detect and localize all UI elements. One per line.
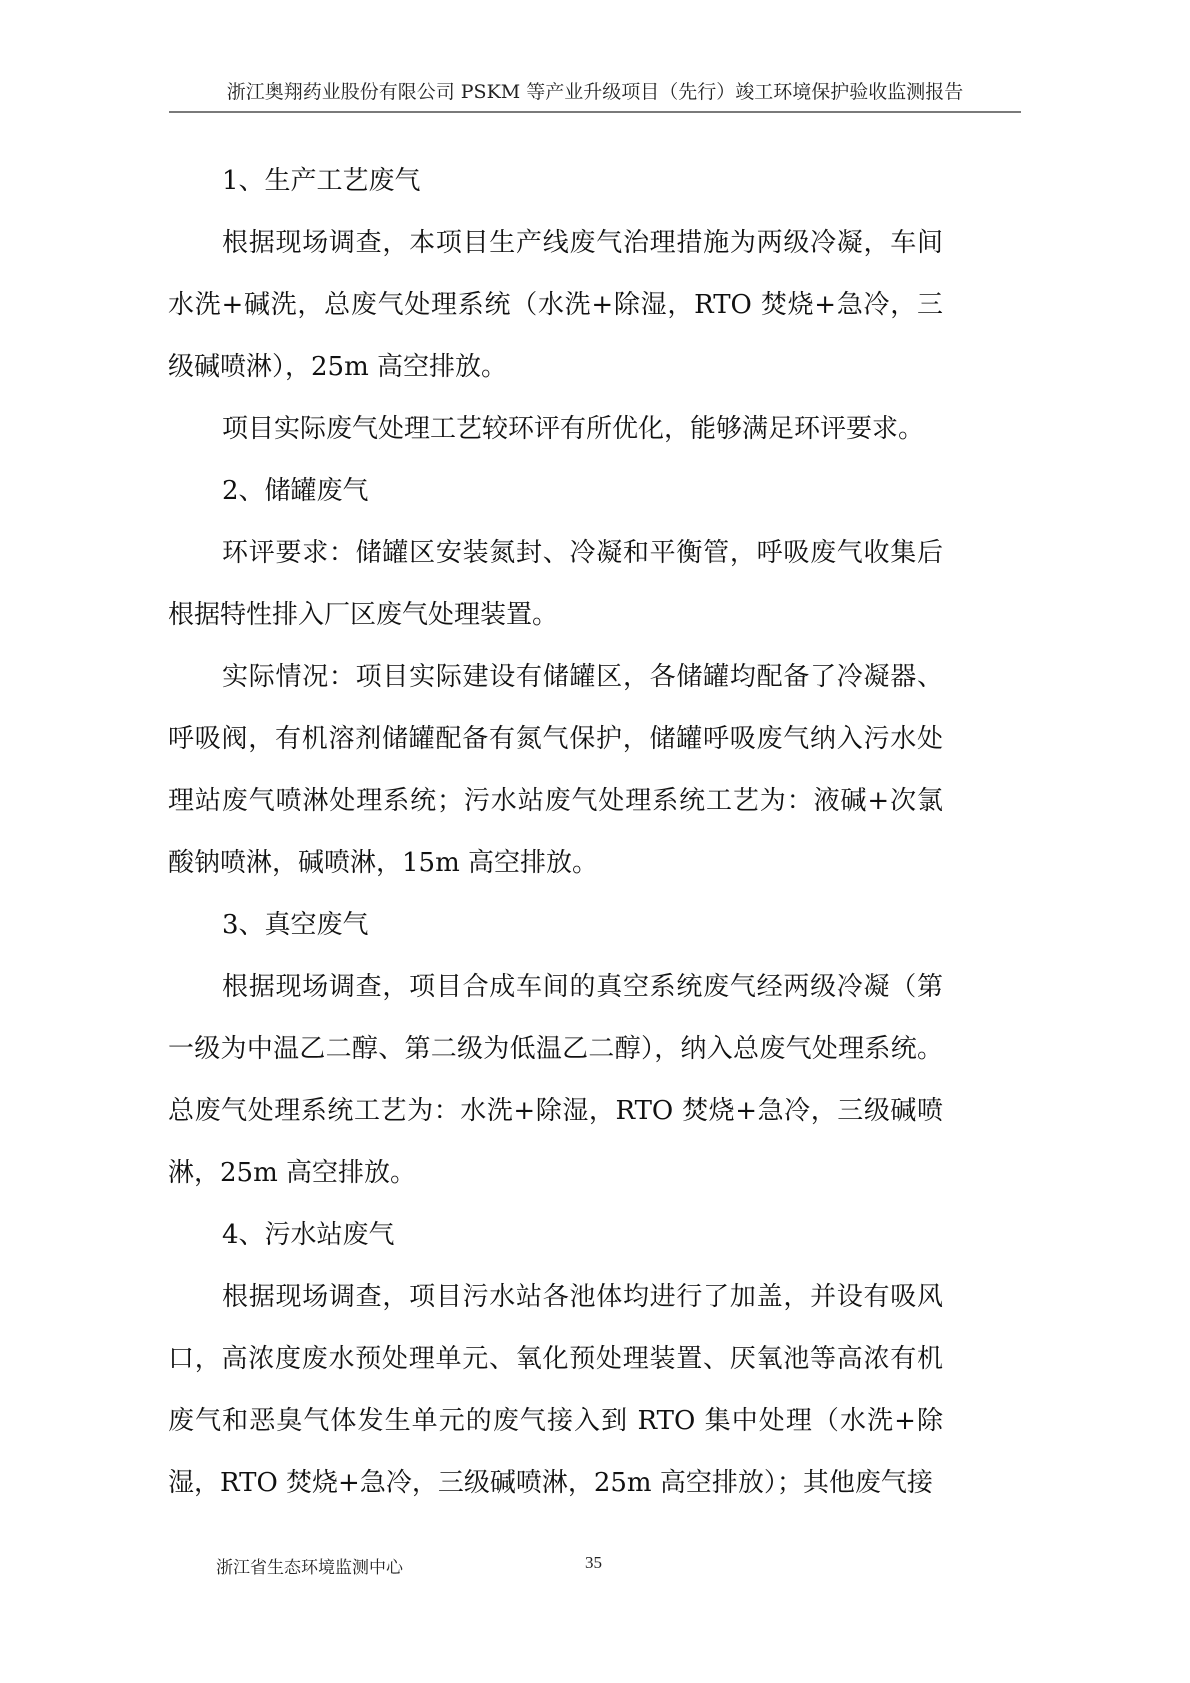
paragraph: 实际情况：项目实际建设有储罐区，各储罐均配备了冷凝器、呼吸阀，有机溶剂储罐配备有…: [168, 646, 943, 894]
section-heading-tank-gas: 2、储罐废气: [168, 460, 943, 522]
section-heading-process-gas: 1、生产工艺废气: [168, 150, 943, 212]
section-heading-vacuum-gas: 3、真空废气: [168, 894, 943, 956]
paragraph: 根据现场调查，本项目生产线废气治理措施为两级冷凝，车间水洗+碱洗，总废气处理系统…: [168, 212, 943, 398]
running-header-title: 浙江奥翔药业股份有限公司 PSKM 等产业升级项目（先行）竣工环境保护验收监测报…: [169, 80, 1021, 104]
document-body: 1、生产工艺废气 根据现场调查，本项目生产线废气治理措施为两级冷凝，车间水洗+碱…: [168, 150, 943, 1514]
paragraph: 环评要求：储罐区安装氮封、冷凝和平衡管，呼吸废气收集后根据特性排入厂区废气处理装…: [168, 522, 943, 646]
page-number: 35: [585, 1553, 602, 1573]
footer-organization: 浙江省生态环境监测中心: [216, 1553, 403, 1578]
section-heading-wastewater-station-gas: 4、污水站废气: [168, 1204, 943, 1266]
paragraph: 根据现场调查，项目污水站各池体均进行了加盖，并设有吸风口，高浓度废水预处理单元、…: [168, 1266, 943, 1514]
paragraph: 根据现场调查，项目合成车间的真空系统废气经两级冷凝（第一级为中温乙二醇、第二级为…: [168, 956, 943, 1204]
paragraph: 项目实际废气处理工艺较环评有所优化，能够满足环评要求。: [168, 398, 943, 460]
header-divider: [169, 111, 1021, 113]
